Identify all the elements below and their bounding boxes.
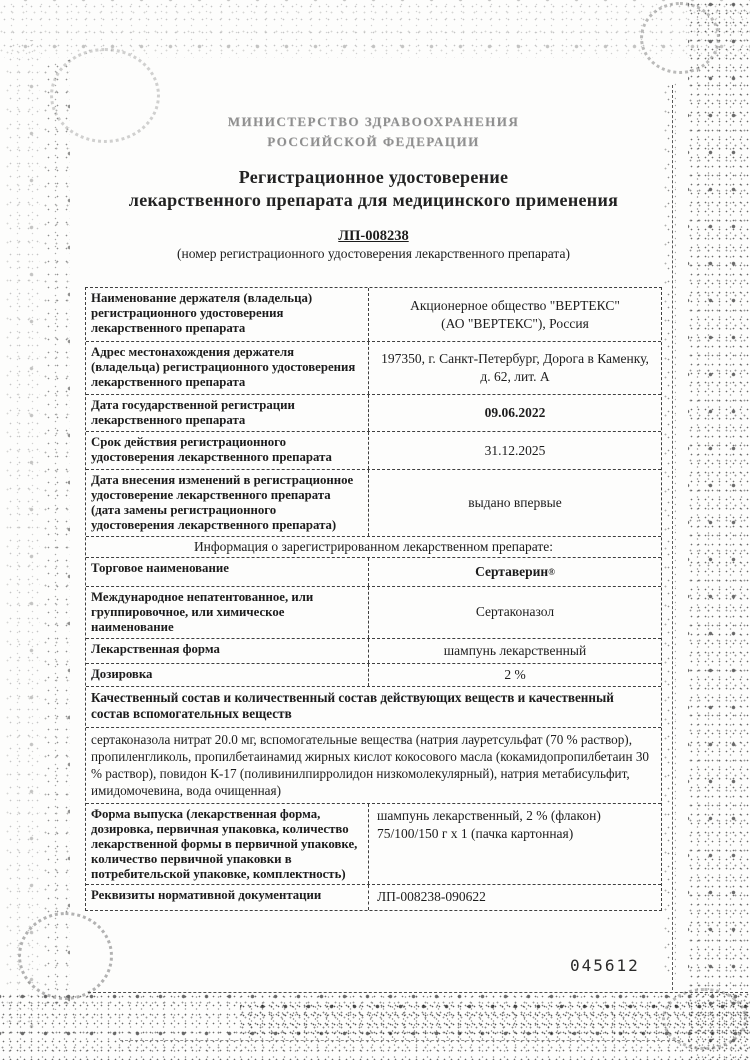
scan-border-bottom-line2 bbox=[120, 1040, 680, 1041]
section-header-registered-info: Информация о зарегистрированном лекарств… bbox=[86, 537, 661, 558]
scan-border-right-line bbox=[672, 85, 673, 990]
expiry-date-label: Срок действия регистрационного удостовер… bbox=[86, 432, 369, 469]
certificate-table: Наименование держателя (владельца) регис… bbox=[85, 287, 662, 911]
row-normative-docs: Реквизиты нормативной документации ЛП-00… bbox=[86, 885, 661, 910]
row-amendment-date: Дата внесения изменений в регистрационно… bbox=[86, 470, 661, 537]
stamp-ring-bottom-right bbox=[662, 988, 747, 1050]
row-trade-name: Торговое наименование Сертаверин® bbox=[86, 558, 661, 587]
title-line1: Регистрационное удостоверение bbox=[85, 166, 662, 189]
scan-noise-left-inner bbox=[44, 60, 70, 1010]
row-registration-date: Дата государственной регистрации лекарст… bbox=[86, 395, 661, 432]
scan-noise-left-outer bbox=[6, 40, 40, 1030]
row-holder: Наименование держателя (владельца) регис… bbox=[86, 288, 661, 342]
row-dosage-form: Лекарственная форма шампунь лекарственны… bbox=[86, 639, 661, 664]
ministry-header: МИНИСТЕРСТВО ЗДРАВООХРАНЕНИЯ РОССИЙСКОЙ … bbox=[85, 112, 662, 151]
dosage-form-value: шампунь лекарственный bbox=[369, 639, 661, 663]
document-title: Регистрационное удостоверение лекарствен… bbox=[85, 166, 662, 211]
normative-docs-label: Реквизиты нормативной документации bbox=[86, 885, 369, 910]
composition-header: Качественный состав и количественный сос… bbox=[86, 687, 661, 728]
row-release-form: Форма выпуска (лекарственная форма, дози… bbox=[86, 804, 661, 885]
certificate-body: МИНИСТЕРСТВО ЗДРАВООХРАНЕНИЯ РОССИЙСКОЙ … bbox=[85, 0, 662, 262]
ministry-line2: РОССИЙСКОЙ ФЕДЕРАЦИИ bbox=[85, 132, 662, 152]
dosage-label: Дозировка bbox=[86, 664, 369, 686]
dosage-value: 2 % bbox=[369, 664, 661, 686]
normative-docs-value: ЛП-008238-090622 bbox=[369, 885, 661, 910]
scan-noise-bottom-band bbox=[240, 1002, 750, 1040]
holder-value: Акционерное общество "ВЕРТЕКС" (АО "ВЕРТ… bbox=[369, 288, 661, 341]
composition-text: сертаконазола нитрат 20.0 мг, вспомогате… bbox=[86, 728, 661, 805]
row-address: Адрес местонахождения держателя (владель… bbox=[86, 342, 661, 395]
row-expiry-date: Срок действия регистрационного удостовер… bbox=[86, 432, 661, 470]
release-form-value: шампунь лекарственный, 2 % (флакон) 75/1… bbox=[369, 804, 661, 884]
scan-noise-right-inner bbox=[664, 80, 676, 980]
row-inn: Международное непатентованное, или групп… bbox=[86, 587, 661, 639]
blank-serial-number: 045612 bbox=[570, 956, 640, 975]
inn-value: Сертаконазол bbox=[369, 587, 661, 638]
scan-noise-bottom bbox=[0, 992, 750, 1060]
stamp-ring-bottom-left bbox=[18, 912, 113, 1000]
registration-date-value: 09.06.2022 bbox=[369, 395, 661, 431]
release-form-label: Форма выпуска (лекарственная форма, дози… bbox=[86, 804, 369, 884]
address-label: Адрес местонахождения держателя (владель… bbox=[86, 342, 369, 394]
address-value: 197350, г. Санкт-Петербург, Дорога в Кам… bbox=[369, 342, 661, 394]
holder-label: Наименование держателя (владельца) регис… bbox=[86, 288, 369, 341]
scanned-certificate-page: МИНИСТЕРСТВО ЗДРАВООХРАНЕНИЯ РОССИЙСКОЙ … bbox=[0, 0, 750, 1060]
trade-name-value: Сертаверин® bbox=[369, 558, 661, 586]
dosage-form-label: Лекарственная форма bbox=[86, 639, 369, 663]
ministry-line1: МИНИСТЕРСТВО ЗДРАВООХРАНЕНИЯ bbox=[85, 112, 662, 132]
inn-label: Международное непатентованное, или групп… bbox=[86, 587, 369, 638]
title-line2: лекарственного препарата для медицинског… bbox=[85, 189, 662, 212]
amendment-date-value: выдано впервые bbox=[369, 470, 661, 536]
scan-border-bottom-line bbox=[88, 992, 748, 993]
scan-noise-right-outer bbox=[688, 0, 750, 1060]
registration-date-label: Дата государственной регистрации лекарст… bbox=[86, 395, 369, 431]
trade-name-label: Торговое наименование bbox=[86, 558, 369, 586]
row-dosage: Дозировка 2 % bbox=[86, 664, 661, 687]
registration-number: ЛП-008238 bbox=[85, 228, 662, 245]
amendment-date-label: Дата внесения изменений в регистрационно… bbox=[86, 470, 369, 536]
expiry-date-value: 31.12.2025 bbox=[369, 432, 661, 469]
registration-number-caption: (номер регистрационного удостоверения ле… bbox=[85, 246, 662, 262]
